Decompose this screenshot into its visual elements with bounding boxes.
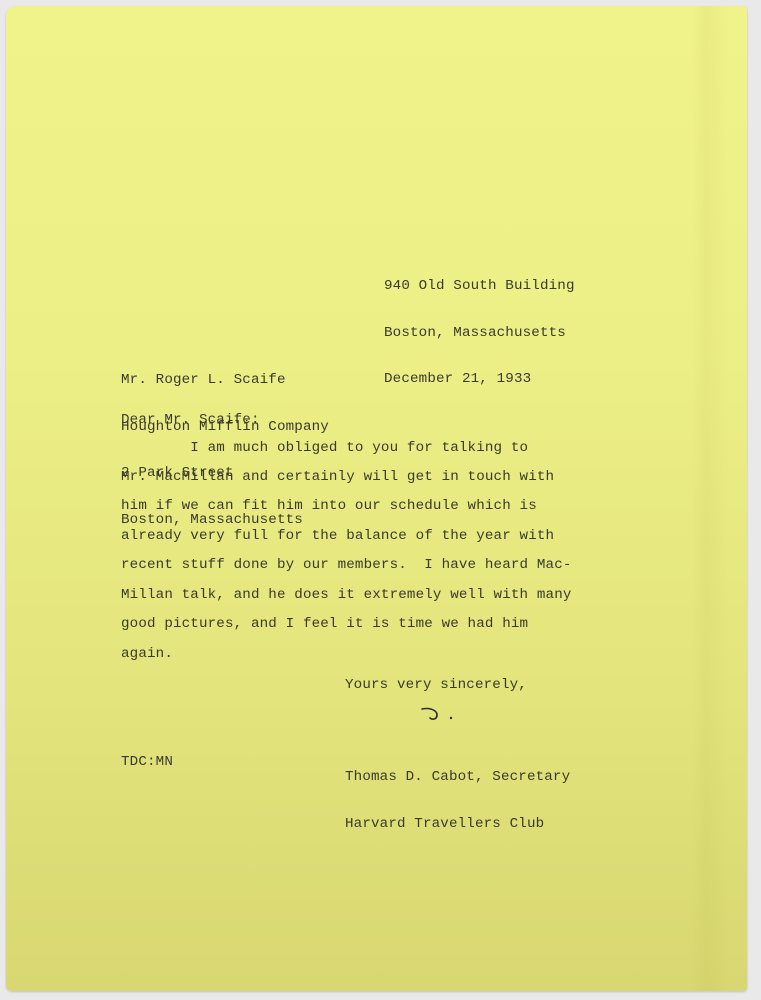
- reference-initials: TDC:MN: [121, 755, 173, 771]
- sender-address: 940 Old South Building Boston, Massachus…: [384, 248, 575, 403]
- closing: Yours very sincerely,: [345, 678, 527, 694]
- handwritten-signature-mark: [418, 703, 468, 725]
- body-line: I am much obliged to you for talking to: [121, 440, 528, 456]
- body-line: again.: [121, 646, 173, 662]
- body-line: him if we can fit him into our schedule …: [121, 498, 537, 514]
- recipient-name: Mr. Roger L. Scaife: [121, 373, 329, 389]
- body-line: recent stuff done by our members. I have…: [121, 557, 572, 573]
- signer-name-title: Thomas D. Cabot, Secretary: [345, 770, 570, 786]
- body-line: already very full for the balance of the…: [121, 528, 554, 544]
- signature-block: Thomas D. Cabot, Secretary Harvard Trave…: [345, 739, 570, 848]
- sender-address-line1: 940 Old South Building: [384, 279, 575, 295]
- paper-fold-shadow: [691, 6, 729, 991]
- body-line: good pictures, and I feel it is time we …: [121, 616, 528, 632]
- letter-date: December 21, 1933: [384, 372, 575, 388]
- salutation: Dear Mr. Scaife:: [121, 413, 260, 429]
- signer-organization: Harvard Travellers Club: [345, 817, 570, 833]
- recipient-city: Boston, Massachusetts: [121, 513, 329, 529]
- sender-address-line2: Boston, Massachusetts: [384, 326, 575, 342]
- body-line: Mr. MacMillan and certainly will get in …: [121, 469, 554, 485]
- body-line: Millan talk, and he does it extremely we…: [121, 587, 572, 603]
